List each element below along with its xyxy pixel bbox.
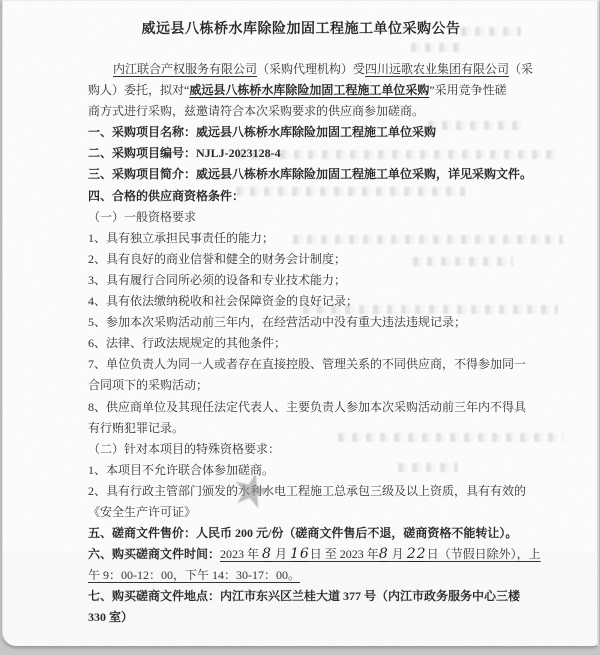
doc-line: 六、购买磋商文件时间：2023 年 8 月 16日 至 2023 年8 月 22… — [88, 544, 548, 565]
doc-line: （一）一般资格要求 — [88, 207, 548, 228]
page-right-edge — [597, 1, 599, 646]
doc-line: 午 9：00-12：00，下午 14：30-17：00。 — [88, 565, 548, 586]
doc-line: 一、采购项目名称：威远县八栋桥水库除险加固工程施工单位采购 — [88, 122, 548, 143]
text-segment: 二、采购项目编号：NJLJ-2023128-4 — [88, 146, 281, 160]
text-segment: 7、单位负责人为同一人或者存在直接控股、管理关系的不同供应商，不得参加同一 — [88, 357, 526, 371]
text-segment: 330 室） — [88, 610, 133, 624]
text-segment: 有行贿犯罪记录。 — [88, 421, 184, 435]
text-segment: 2、具有良好的商业信誉和健全的财务会计制度； — [88, 252, 346, 266]
text-segment: 六、购买磋商文件时间： — [88, 547, 220, 561]
text-segment: 3、具有履行合同所必须的设备和专业技术能力； — [88, 273, 346, 287]
text-segment: 6、法律、行政法规规定的其他条件； — [88, 336, 286, 350]
text-segment: 一、采购项目名称：威远县八栋桥水库除险加固工程施工单位采购 — [88, 125, 436, 139]
text-segment: 4、具有依法缴纳税收和社会保障资金的良好记录； — [88, 294, 358, 308]
doc-line: 1、具有独立承担民事责任的能力； — [88, 228, 548, 249]
text-segment: 午 9：00-12：00，下午 14：30-17：00。 — [88, 568, 300, 582]
text-segment: 月 — [389, 547, 407, 561]
text-segment: 威远县八栋桥水库除险加固工程施工单位采购 — [189, 83, 429, 97]
doc-line: 7、单位负责人为同一人或者存在直接控股、管理关系的不同供应商，不得参加同一 — [88, 354, 548, 375]
doc-line: 三、采购项目简介：威远县八栋桥水库除险加固工程施工单位采购，详见采购文件。 — [88, 164, 548, 185]
doc-line: 有行贿犯罪记录。 — [88, 418, 548, 439]
text-segment: 日（节假日除外），上 — [427, 547, 541, 561]
text-segment: 《安全生产许可证》 — [88, 505, 196, 519]
text-segment: 购人）委托，拟对“ — [88, 83, 189, 97]
doc-line: 1、本项目不允许联合体参加磋商。 — [88, 460, 548, 481]
handwritten-date-value: 22 — [407, 546, 427, 562]
doc-line: 330 室） — [88, 607, 548, 628]
text-segment: 内江联合产权服务有限公司 — [113, 62, 257, 76]
doc-line: 购人）委托，拟对“威远县八栋桥水库除险加固工程施工单位采购”采用竞争性磋 — [88, 80, 548, 101]
text-segment: 8、供应商单位及其现任法定代表人、主要负责人参加本次采购活动前三年内不得具 — [88, 400, 526, 414]
doc-line: 合同项下的采购活动； — [88, 375, 548, 396]
doc-line: 4、具有依法缴纳税收和社会保障资金的良好记录； — [88, 291, 548, 312]
scan-smudge — [411, 43, 461, 52]
document-body: 内江联合产权服务有限公司（采购代理机构）受四川远歌农业集团有限公司（采购人）委托… — [88, 59, 548, 629]
scanned-document-page: 威远县八栋桥水库除险加固工程施工单位采购公告 内江联合产权服务有限公司（采购代理… — [2, 0, 599, 646]
text-segment: 月 — [272, 547, 290, 561]
text-segment: （采 — [509, 62, 533, 76]
text-segment: 商方式进行采购，兹邀请符合本次采购要求的供应商参加磋商。 — [88, 104, 424, 118]
doc-line: 6、法律、行政法规规定的其他条件； — [88, 333, 548, 354]
text-segment: 1、具有独立承担民事责任的能力； — [88, 231, 274, 245]
doc-line: 五、磋商文件售价：人民币 200 元/份（磋商文件售后不退，磋商资格不能转让）。 — [88, 523, 548, 544]
doc-line: 5、参加本次采购活动前三年内，在经营活动中没有重大违法违规记录； — [88, 312, 548, 333]
doc-line: 四、合格的供应商资格条件： — [88, 186, 548, 207]
doc-line: 七、购买磋商文件地点：内江市东兴区兰桂大道 377 号（内江市政务服务中心三楼 — [88, 586, 548, 607]
text-segment: 五、磋商文件售价：人民币 200 元/份（磋商文件售后不退，磋商资格不能转让）。 — [88, 526, 517, 540]
text-segment: 5、参加本次采购活动前三年内，在经营活动中没有重大违法违规记录； — [88, 315, 466, 329]
text-segment: 2023 年 — [220, 547, 262, 561]
text-segment: 合同项下的采购活动； — [88, 378, 208, 392]
text-segment: （采购代理机构）受 — [257, 62, 365, 76]
doc-line: 2、具有良好的商业信誉和健全的财务会计制度； — [88, 249, 548, 270]
doc-line: 3、具有履行合同所必须的设备和专业技术能力； — [88, 270, 548, 291]
text-segment: 四、合格的供应商资格条件： — [88, 189, 244, 203]
text-segment: ”采用竞争性磋 — [429, 83, 506, 97]
doc-line: （二）针对本项目的特殊资格要求： — [88, 439, 548, 460]
text-segment: （二）针对本项目的特殊资格要求： — [88, 442, 280, 456]
doc-line: 2、具有行政主管部门颁发的水利水电工程施工总承包三级及以上资质，具有有效的 — [88, 481, 548, 502]
text-segment: 三、采购项目简介：威远县八栋桥水库除险加固工程施工单位采购，详见采购文件。 — [88, 167, 532, 181]
text-segment: 1、本项目不允许联合体参加磋商。 — [88, 463, 274, 477]
doc-line: 二、采购项目编号：NJLJ-2023128-4 — [88, 143, 548, 164]
text-segment: 四川远歌农业集团有限公司 — [365, 62, 509, 76]
doc-line: 内江联合产权服务有限公司（采购代理机构）受四川远歌农业集团有限公司（采 — [88, 59, 548, 80]
handwritten-date-value: 8 — [262, 546, 272, 562]
document-title: 威远县八栋桥水库除险加固工程施工单位采购公告 — [3, 18, 599, 38]
text-segment: 七、购买磋商文件地点：内江市东兴区兰桂大道 377 号（内江市政务服务中心三楼 — [88, 589, 520, 603]
handwritten-date-value: 16 — [290, 546, 310, 562]
text-segment: 日 至 2023 年 — [310, 547, 379, 561]
doc-line: 商方式进行采购，兹邀请符合本次采购要求的供应商参加磋商。 — [88, 101, 548, 122]
doc-line: 8、供应商单位及其现任法定代表人、主要负责人参加本次采购活动前三年内不得具 — [88, 397, 548, 418]
doc-line: 《安全生产许可证》 — [88, 502, 548, 523]
handwritten-date-value: 8 — [379, 546, 389, 562]
text-segment: （一）一般资格要求 — [88, 210, 196, 224]
text-segment: 2、具有行政主管部门颁发的水利水电工程施工总承包三级及以上资质，具有有效的 — [88, 484, 526, 498]
